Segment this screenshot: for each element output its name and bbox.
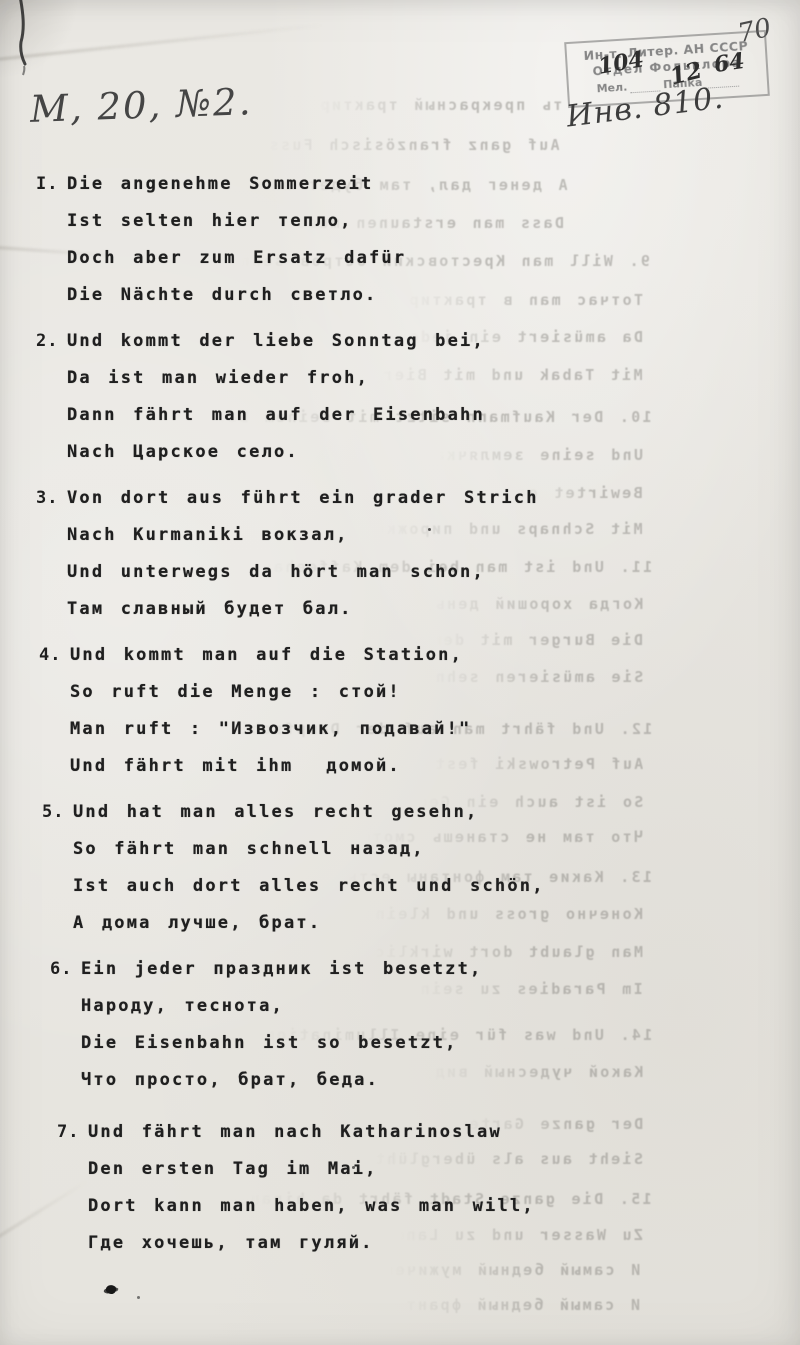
poem-line: Dort kann man haben, was man will, bbox=[88, 1188, 545, 1225]
bleedthrough-line: И самый бедный франт. bbox=[393, 1296, 640, 1314]
stanza-number: 5. bbox=[42, 794, 64, 831]
ink-speck bbox=[428, 528, 431, 531]
poem-line: А дома лучше, брат. bbox=[73, 905, 545, 942]
stanza-number: 4. bbox=[39, 637, 61, 674]
archive-code: М, 20, №2. bbox=[29, 80, 253, 131]
stanza: 2.Und kommt der liebe Sonntag bei,Da ist… bbox=[36, 323, 545, 471]
poem-line: Man ruft : "Извозчик, подавай!" bbox=[70, 711, 545, 748]
poem-line: Ist auch dort alles recht und schön, bbox=[73, 868, 545, 905]
poem-line: Die Nächte durch светло. bbox=[67, 277, 545, 314]
poem-line: Von dort aus führt ein grader Strich bbox=[67, 480, 545, 517]
ink-speck bbox=[137, 1296, 140, 1299]
stanza: 7.Und fährt man nach KatharinoslawDen er… bbox=[57, 1114, 545, 1262]
poem-line: Und kommt man auf die Station, bbox=[70, 637, 545, 674]
stanza-number: 2. bbox=[36, 323, 58, 360]
paper-crease bbox=[0, 24, 324, 61]
poem-line: Там славный будет бал. bbox=[67, 591, 545, 628]
poem-line: Ein jeder праздник ist besetzt, bbox=[81, 951, 545, 988]
poem-line: Und unterwegs da hört man schon, bbox=[67, 554, 545, 591]
bleedthrough-line: Auf ganz französisch Fuss, bbox=[256, 136, 560, 154]
stanza-number: 3. bbox=[36, 480, 58, 517]
poem-line: Und fährt man nach Katharinoslaw bbox=[88, 1114, 545, 1151]
stanza: 4.Und kommt man auf die Station,So ruft … bbox=[39, 637, 545, 785]
poem-line: Und fährt mit ihm домой. bbox=[70, 748, 545, 785]
stanza-number: 6. bbox=[50, 951, 72, 988]
poem-line: Ist selten hier тепло, bbox=[67, 203, 545, 240]
poem-line: Und hat man alles recht gesehn, bbox=[73, 794, 545, 831]
document-page: ть прекрасный трактир.Auf ganz französis… bbox=[0, 0, 800, 1345]
poem-line: Nach Царское село. bbox=[67, 434, 545, 471]
stanza: I.Die angenehme SommerzeitIst selten hie… bbox=[36, 166, 545, 314]
stanza: 3.Von dort aus führt ein grader StrichNa… bbox=[36, 480, 545, 628]
stanza-number: 7. bbox=[57, 1114, 79, 1151]
ink-speck bbox=[352, 1166, 355, 1169]
poem-line: Da ist man wieder froh, bbox=[67, 360, 545, 397]
stanza: 5.Und hat man alles recht gesehn,So fähr… bbox=[42, 794, 545, 942]
poem-line: Und kommt der liebe Sonntag bei, bbox=[67, 323, 545, 360]
poem-line: Народу, теснота, bbox=[81, 988, 545, 1025]
stamp-handwritten-number: 64 bbox=[712, 48, 746, 78]
poem-line: So fährt man schnell назад, bbox=[73, 831, 545, 868]
poem-line: Что просто, брат, беда. bbox=[81, 1062, 545, 1099]
poem-line: Nach Kurmaniki вокзал, bbox=[67, 517, 545, 554]
poem-line: Die angenehme Sommerzeit bbox=[67, 166, 545, 203]
binding-mark bbox=[10, 0, 44, 80]
stanza-number: I. bbox=[36, 166, 58, 203]
poem-line: Dann fährt man auf der Eisenbahn bbox=[67, 397, 545, 434]
ink-blot bbox=[105, 1283, 118, 1295]
stanza: 6.Ein jeder праздник ist besetzt,Народу,… bbox=[50, 951, 545, 1099]
poem-line: Doch aber zum Ersatz dafür bbox=[67, 240, 545, 277]
poem: I.Die angenehme SommerzeitIst selten hie… bbox=[36, 166, 545, 1271]
poem-line: Den ersten Tag im Mai, bbox=[88, 1151, 545, 1188]
poem-line: Где хочешь, там гуляй. bbox=[88, 1225, 545, 1262]
bleedthrough-line: ть прекрасный трактир. bbox=[307, 96, 562, 114]
poem-line: So ruft die Menge : стой! bbox=[70, 674, 545, 711]
poem-line: Die Eisenbahn ist so besetzt, bbox=[81, 1025, 545, 1062]
